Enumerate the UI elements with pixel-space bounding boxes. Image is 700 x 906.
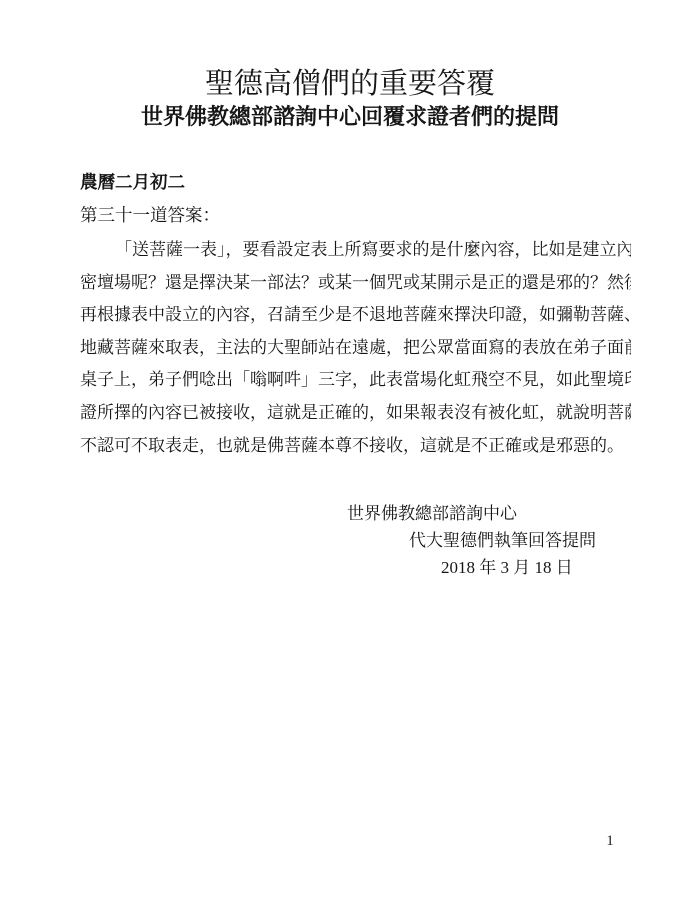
body-line: 不認可不取表走，也就是佛菩薩本尊不接收，這就是不正確或是邪惡的。 (80, 430, 631, 463)
document-page: 聖德高僧們的重要答覆 世界佛教總部諮詢中心回覆求證者們的提問 農曆二月初二 第三… (0, 0, 700, 906)
body-line: 證所擇的內容已被接收，這就是正確的，如果報表沒有被化虹，就說明菩薩 (80, 397, 631, 430)
body-line: 密壇場呢？還是擇決某一部法？或某一個咒或某開示是正的還是邪的？然後 (80, 267, 631, 300)
answer-body-paragraph: 「送菩薩一表」，要看設定表上所寫要求的是什麼內容，比如是建立內 密壇場呢？還是擇… (80, 234, 631, 462)
page-number: 1 (598, 832, 622, 850)
signature-author: 代大聖德們執筆回答提問 (409, 530, 596, 552)
body-line: 「送菩薩一表」，要看設定表上所寫要求的是什麼內容，比如是建立內 (115, 234, 631, 267)
signature-date: 2018 年 3 月 18 日 (441, 557, 573, 579)
body-line: 桌子上，弟子們唸出「嗡啊吽」三字，此表當場化虹飛空不見，如此聖境印 (80, 364, 631, 397)
document-subtitle: 世界佛教總部諮詢中心回覆求證者們的提問 (0, 102, 700, 132)
document-title: 聖德高僧們的重要答覆 (0, 66, 700, 102)
signature-organization: 世界佛教總部諮詢中心 (347, 503, 517, 525)
answer-number-heading: 第三十一道答案： (80, 203, 220, 227)
body-line: 地藏菩薩來取表，主法的大聖師站在遠處，把公眾當面寫的表放在弟子面前 (80, 332, 631, 365)
lunar-date-heading: 農曆二月初二 (80, 171, 185, 193)
body-line: 再根據表中設立的內容，召請至少是不退地菩薩來擇決印證，如彌勒菩薩、 (80, 299, 631, 332)
